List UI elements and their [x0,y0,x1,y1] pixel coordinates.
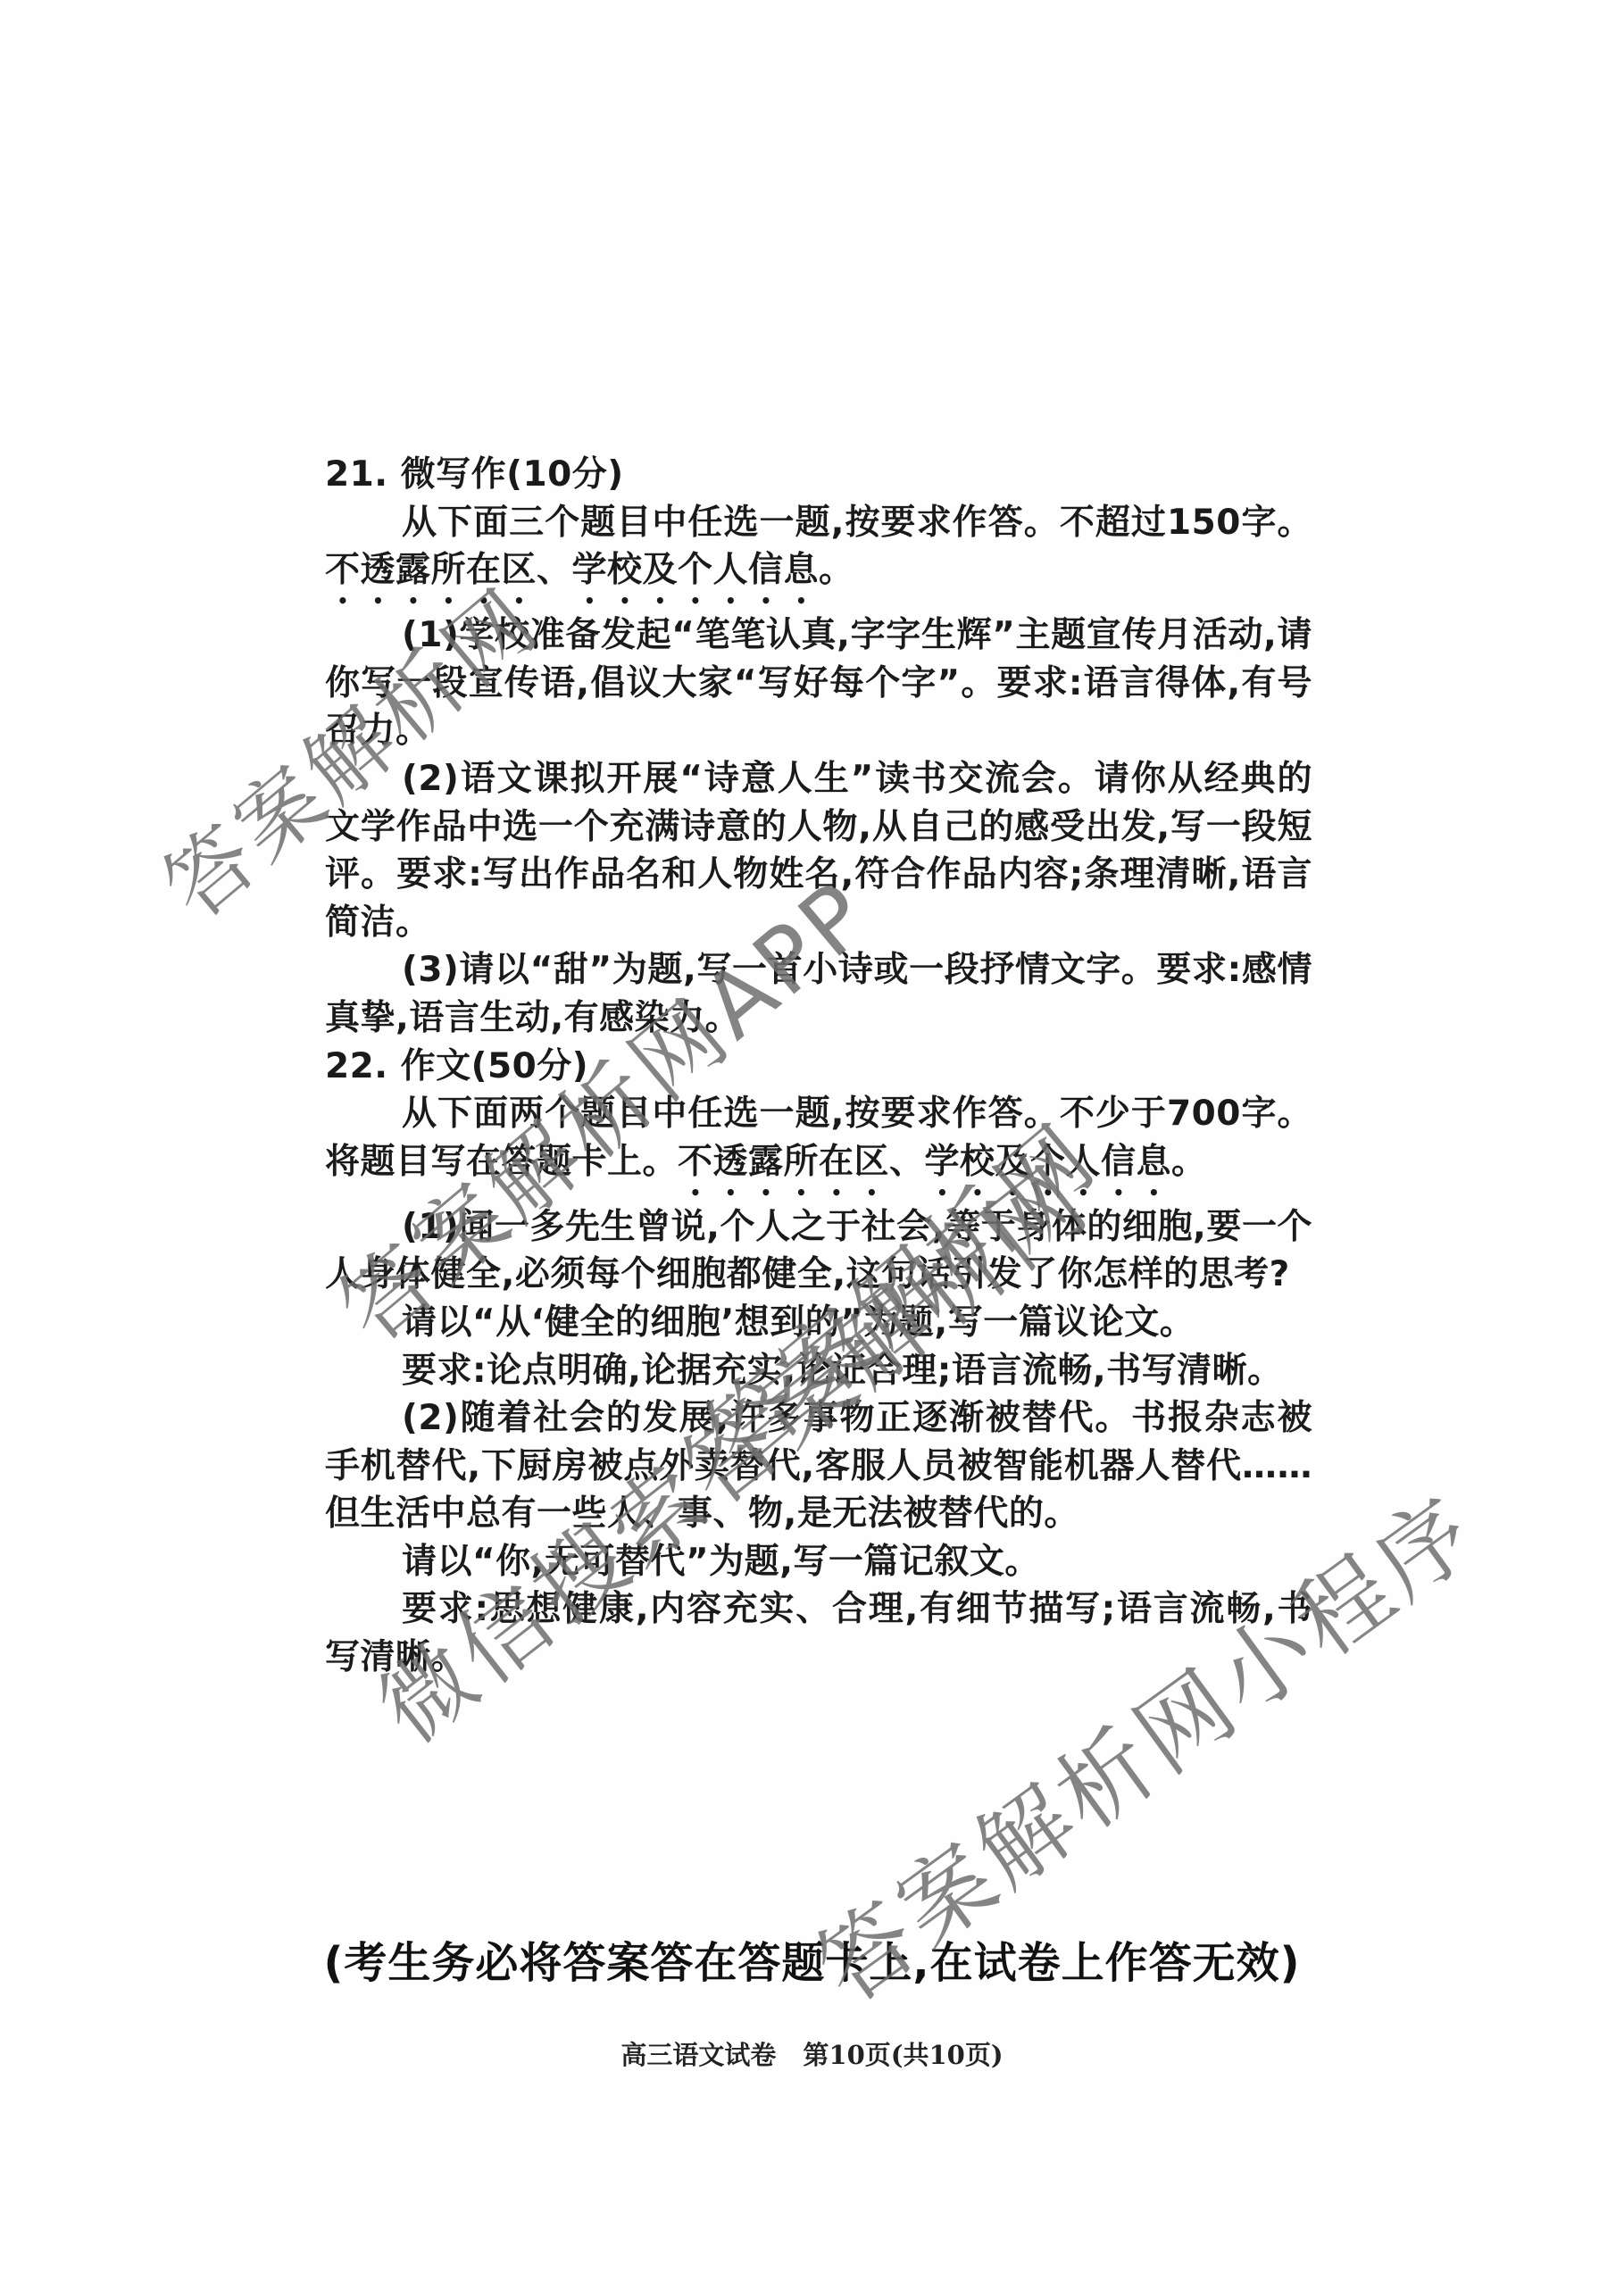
question-22-item-1-task: 请以“从‘健全的细胞’想到的”为题,写一篇议论文。 [325,1299,1312,1347]
question-21-intro-text: 从下面三个题目中任选一题,按要求作答。不超过150字。 [402,503,1312,543]
question-21-intro: 从下面三个题目中任选一题,按要求作答。不超过150字。不透露所在区、学校及个人信… [325,499,1312,612]
question-21-emphasis: 不透露所在区、学校及个人信息 [325,550,819,590]
page-footer: 高三语文试卷第10页(共10页) [0,2035,1624,2072]
question-22-intro: 从下面两个题目中任选一题,按要求作答。不少于700字。将题目写在答题卡上。不透露… [325,1090,1312,1203]
footer-subject: 高三语文试卷 [620,2040,776,2070]
question-21-intro-end: 。 [819,550,854,590]
question-22-item-2-task: 请以“你,无可替代”为题,写一篇记叙文。 [325,1538,1312,1586]
question-22-item-2-prompt: (2)随着社会的发展,许多事物正逐渐被替代。书报杂志被手机替代,下厨房被点外卖替… [325,1394,1312,1538]
question-21-heading: 21. 微写作(10分) [325,451,1312,499]
question-22-item-1-prompt: (1)闻一多先生曾说,个人之于社会,等于身体的细胞,要一个人身体健全,必须每个细… [325,1203,1312,1299]
question-22-heading: 22. 作文(50分) [325,1043,1312,1091]
exam-page: 21. 微写作(10分) 从下面三个题目中任选一题,按要求作答。不超过150字。… [0,0,1624,2296]
question-21-item-3: (3)请以“甜”为题,写一首小诗或一段抒情文字。要求:感情真挚,语言生动,有感染… [325,946,1312,1042]
question-21-item-1: (1)学校准备发起“笔笔认真,字字生辉”主题宣传月活动,请你写一段宣传语,倡议大… [325,611,1312,755]
question-22-emphasis: 不透露所在区、学校及个人信息 [678,1142,1171,1182]
answer-sheet-notice: (考生务必将答案答在答题卡上,在试卷上作答无效) [0,1928,1624,1990]
question-22-intro-end: 。 [1171,1142,1207,1182]
question-21-item-2: (2)语文课拟开展“诗意人生”读书交流会。请你从经典的文学作品中选一个充满诗意的… [325,755,1312,946]
question-22-item-2-requirements: 要求:思想健康,内容充实、合理,有细节描写;语言流畅,书写清晰。 [325,1585,1312,1681]
exam-content: 21. 微写作(10分) 从下面三个题目中任选一题,按要求作答。不超过150字。… [325,451,1312,1682]
footer-page-number: 第10页(共10页) [803,2040,1003,2070]
question-22-item-1-requirements: 要求:论点明确,论据充实,论证合理;语言流畅,书写清晰。 [325,1347,1312,1395]
